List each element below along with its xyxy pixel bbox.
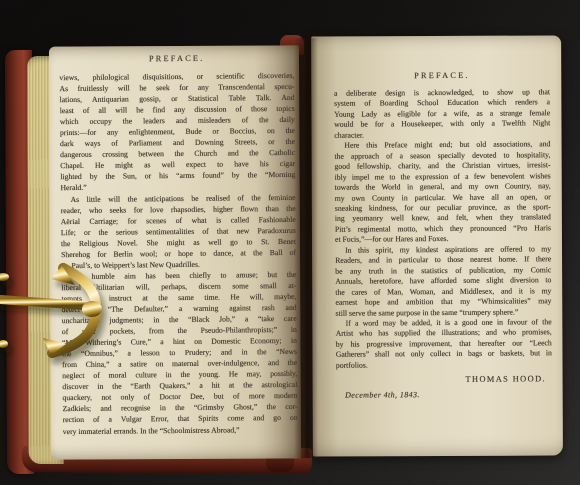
paragraph: views, philological disquisitions, or sc… [59,70,295,194]
text-line: rection of a Vulgar Error, that Spirits … [63,412,298,425]
text-line: earnest hope and ambition that my “Whims… [335,296,551,308]
clip-edge-piece-top [0,273,9,281]
gutter-shadow [294,38,318,458]
right-page-text: a deliberate design is acknowledged, to … [334,87,552,371]
anchor-shaft [0,299,90,306]
text-line: portfolios. [336,359,552,371]
right-page-header: PREFACE. [334,70,550,81]
date-line: December 4th, 1843. [345,389,552,399]
text-line: Gatherers” shall not only collect in bag… [336,349,552,361]
text-line: very immaterial errands. In the “Schoolm… [63,423,298,436]
brass-anchor-clip [0,252,190,392]
left-page-header: PREFACE. [59,53,294,64]
right-page-content: PREFACE. a deliberate design is acknowle… [334,70,552,400]
text-line: Pitt’s regimental motto, which they pron… [335,223,551,235]
paragraph: If a word may be added, it is a good one… [336,317,552,371]
book-photo: PREFACE. views, philological disquisitio… [0,0,580,485]
anchor-crown [82,301,102,317]
text-line: would be for a Housekeeper, with only a … [334,119,550,131]
clip-edge-piece-bottom [0,340,8,348]
paragraph: a deliberate design is acknowledged, to … [334,87,550,141]
paragraph: In this spirit, my kindest aspirations a… [335,244,552,319]
paragraph: Here this Preface might end; but old ass… [334,140,551,246]
author-signature: THOMAS HOOD. [336,375,546,385]
